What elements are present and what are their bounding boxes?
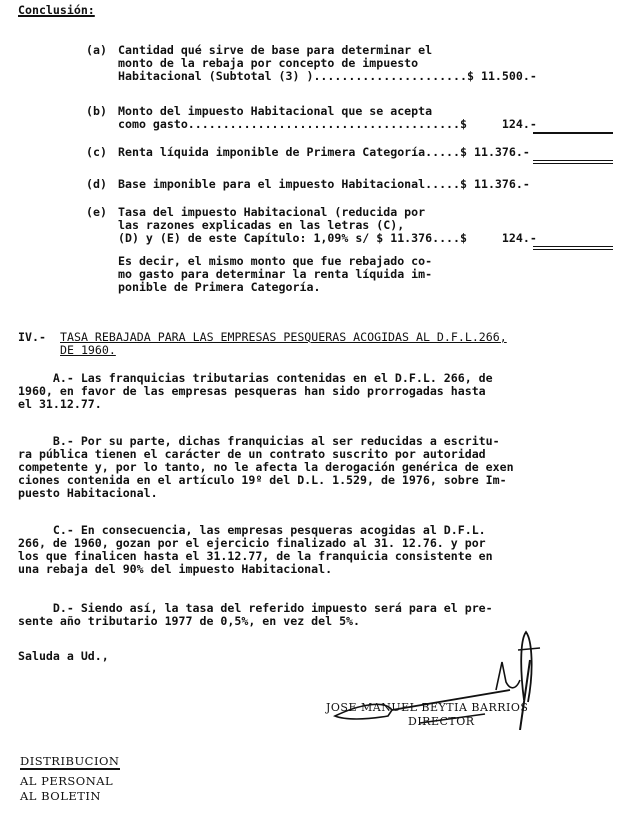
- item-a-line-3: Habitacional (Subtotal (3) )............…: [118, 70, 537, 83]
- item-c-amount-underline: [533, 160, 613, 164]
- closing-salutation: Saluda a Ud.,: [18, 650, 109, 663]
- distribution-item: AL BOLETIN: [20, 790, 101, 803]
- item-a-letter: (a): [86, 44, 107, 57]
- item-d-line-1: Base imponible para el impuesto Habitaci…: [118, 178, 530, 191]
- signature-name: JOSE MANUEL BEYTIA BARRIOS: [326, 701, 528, 714]
- item-e-amount-underline: [533, 246, 613, 250]
- paragraph-c-line-4: una rebaja del 90% del impuesto Habitaci…: [18, 563, 332, 576]
- item-b-amount-underline: [533, 132, 613, 134]
- item-c-letter: (c): [86, 146, 107, 159]
- item-d-letter: (d): [86, 178, 107, 191]
- section-iv-title-2: DE 1960.: [60, 344, 116, 357]
- section-iv-title-1: TASA REBAJADA PARA LAS EMPRESAS PESQUERA…: [60, 331, 507, 344]
- item-b-letter: (b): [86, 105, 107, 118]
- item-b-line-2: como gasto..............................…: [118, 118, 537, 131]
- conclusion-title: Conclusión:: [18, 4, 95, 17]
- paragraph-d-line-2: sente año tributario 1977 de 0,5%, en ve…: [18, 615, 360, 628]
- item-e-note-3: ponible de Primera Categoría.: [118, 281, 320, 294]
- distribution-item: AL PERSONAL: [20, 775, 113, 788]
- item-e-letter: (e): [86, 206, 107, 219]
- distribution-title: DISTRIBUCION: [20, 755, 120, 770]
- item-e-line-3: (D) y (E) de este Capítulo: 1,09% s/ $ 1…: [118, 232, 537, 245]
- signature-role: DIRECTOR: [408, 715, 475, 728]
- item-c-line-1: Renta líquida imponible de Primera Categ…: [118, 146, 530, 159]
- section-iv-number: IV.-: [18, 331, 46, 344]
- paragraph-b-line-5: puesto Habitacional.: [18, 487, 158, 500]
- paragraph-a-line-3: el 31.12.77.: [18, 398, 102, 411]
